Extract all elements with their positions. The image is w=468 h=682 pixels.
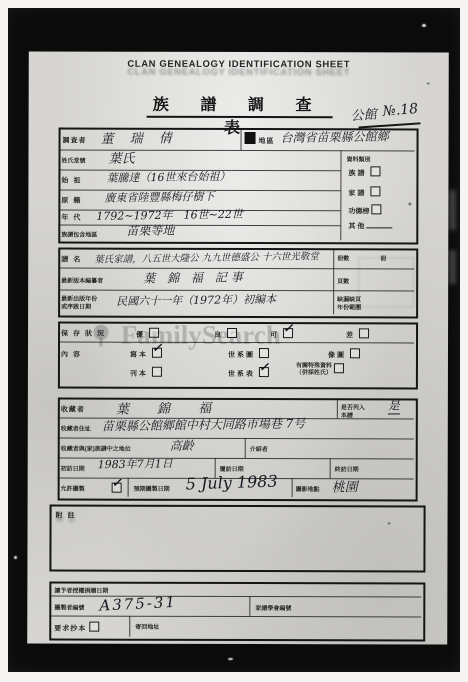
film-place-label: 攝影地點 [296, 484, 320, 493]
grant-date-label: 讓予者授權捐贈日期 [54, 586, 108, 595]
editor-value: 葉 錦 福 記事 [143, 268, 247, 287]
content-checkbox: ✓ [152, 367, 162, 377]
area-label: 地區 [259, 136, 275, 146]
content-option-label: 世系表 [228, 371, 255, 378]
pubdate-label-line2: 或序跋日期 [61, 302, 91, 311]
column-divider [249, 596, 250, 616]
final-visit-label: 終訪日期 [335, 464, 359, 473]
introducer-label: 介紹者 [250, 444, 268, 453]
condition-checkbox: ✓ [283, 328, 293, 338]
doc-type-option: 族譜 ✓ [348, 166, 380, 178]
first-visit-value: 1983年7月1日 [98, 455, 173, 472]
content-checkbox: ✓ [259, 348, 269, 358]
condition-option-label: 可 [270, 332, 279, 339]
document-page: CLAN GENEALOGY IDENTIFICATION SHEET CLAN… [27, 51, 449, 644]
area-value: 台灣省苗栗縣公館鄉 [280, 127, 388, 146]
content-option-label: 寫本 [130, 352, 148, 359]
content-option-label: 像圖 [328, 352, 346, 359]
revisit-label: 覆訪日期 [220, 464, 244, 473]
origin-label: 原籍 [61, 196, 85, 206]
check-mark: ✓ [259, 360, 271, 374]
founder-value: 葉騰達（16世來台始祖） [106, 168, 230, 186]
content-option: 世系表 ✓ [228, 367, 269, 379]
film-speck [14, 556, 17, 559]
ref-number: №.18 [382, 101, 419, 120]
era-label: 年代 [61, 213, 85, 223]
column-divider [333, 248, 334, 314]
surname-value: 葉氏 [108, 148, 134, 167]
content-label: 內容 [61, 350, 85, 360]
position-label: 收藏者與(家)族譜中之地位 [61, 444, 131, 453]
condition-option: 差 ✓ [346, 328, 369, 340]
content-option: 刊本 ✓ [130, 367, 162, 379]
check-mark: ✓ [152, 341, 164, 355]
pages-label: 頁數 [337, 276, 349, 285]
missing-pages-label-line2: 年份範圍 [337, 302, 361, 311]
surveyor-value: 董 瑞 倩 [100, 127, 178, 147]
content-option-label-line2: （併採姓氏） [296, 370, 332, 376]
column-divider [128, 478, 129, 497]
condition-option-label: 良 [214, 332, 223, 339]
listed-label-line2: 本譜 [341, 410, 353, 419]
check-mark: ✓ [112, 476, 124, 490]
film-date-label: 預期攝製日期 [134, 484, 170, 493]
content-checkbox: ✓ [259, 367, 269, 377]
coverage-label: 族譜包含地區 [61, 230, 97, 239]
editor-label: 最新版本編纂者 [61, 276, 103, 285]
volumes-label: 冊數 [337, 253, 349, 262]
content-option: 有關特殊資料 （併採姓氏） ✓ [296, 363, 344, 377]
condition-option-label: 差 [346, 332, 355, 339]
film-speck [422, 24, 426, 27]
doc-type-option: 其他 [348, 221, 392, 231]
ink-blot-artifact [245, 132, 256, 144]
return-address-label: 寄回地址 [135, 622, 159, 631]
film-speck [228, 658, 233, 660]
column-divider [129, 616, 130, 637]
doc-type-checkbox: ✓ [371, 204, 381, 214]
first-visit-label: 初訪日期 [61, 464, 85, 473]
copy-request-option: 要求抄本 ✓ [54, 622, 99, 634]
notes-label: 附註 [56, 511, 80, 521]
founder-label: 始祖 [61, 176, 85, 186]
doc-type-option-label: 族譜 [348, 170, 366, 177]
genealogy-title-label: 譜名 [61, 255, 85, 265]
content-option-label: 世系圖 [228, 352, 255, 359]
filmer-number-label: 攝製者編號 [54, 603, 84, 612]
column-divider [245, 438, 246, 458]
film-date-value: 5 July 1983 [185, 472, 278, 494]
content-checkbox: ✓ [350, 348, 360, 358]
content-option: 世系圖 ✓ [228, 348, 269, 360]
paper-speck [408, 202, 411, 205]
film-place-value: 桃園 [332, 476, 358, 495]
doc-type-header: 資料類別 [346, 154, 370, 163]
position-value: 高齡 [170, 437, 194, 454]
pubdate-value: 民國六十一年（1972年）初編本 [116, 291, 276, 309]
permit-checkbox: ✓ [112, 483, 122, 493]
origin-value: 廣東省陸豐縣梅仔樹下 [104, 188, 214, 206]
listed-value: 是 [388, 396, 400, 414]
content-option-label: 刊本 [130, 371, 148, 378]
check-mark: ✓ [283, 321, 295, 335]
surveyor-label: 調查者 [63, 136, 87, 146]
doc-type-option: 家譜 ✓ [348, 186, 380, 198]
volumes-unit: 冊 [380, 253, 386, 262]
permit-checkbox-wrap: ✓ [112, 483, 122, 494]
coverage-value: 苗栗等地 [126, 221, 174, 239]
ref-label: 公館 [350, 103, 377, 124]
content-option-label: 有關特殊資料 [296, 363, 332, 369]
address-label: 收藏者住址 [61, 424, 91, 433]
copy-request-label: 要求抄本 [54, 626, 86, 633]
permit-label: 允許攝製 [61, 484, 85, 493]
filmer-number-value: A375-31 [99, 593, 177, 615]
condition-checkbox: ✓ [359, 328, 369, 338]
condition-checkbox: ✓ [227, 328, 237, 338]
condition-label: 保存狀況 [61, 329, 109, 339]
condition-option-label: 優 [136, 332, 145, 339]
doc-type-checkbox: ✓ [370, 186, 380, 196]
column-divider [337, 398, 338, 418]
content-checkbox: ✓ [152, 348, 162, 358]
column-divider [292, 478, 293, 497]
page-title-english-ghost: CLAN GENEALOGY IDENTIFICATION SHEET [29, 66, 449, 78]
film-edge-artifact [449, 250, 456, 284]
content-checkbox: ✓ [334, 363, 344, 373]
copy-request-checkbox: ✓ [89, 622, 99, 632]
condition-option: 優 ✓ [136, 328, 159, 340]
doc-type-option-label: 其他 [348, 223, 366, 230]
condition-checkbox: ✓ [149, 328, 159, 338]
condition-option: 良 ✓ [214, 328, 237, 340]
address-value: 苗栗縣公館鄉館中村大同路市場巷 7号 [102, 414, 306, 434]
column-divider [241, 128, 242, 150]
doc-type-option: 功德榜 ✓ [348, 204, 381, 216]
content-option: 寫本 ✓ [130, 348, 162, 360]
doc-type-checkbox: ✓ [370, 166, 380, 176]
holder-label: 收藏者 [61, 405, 85, 415]
special-data-label: 有關特殊資料 （併採姓氏） [296, 363, 332, 377]
paper-speck [427, 82, 430, 84]
society-number-label: 家譜學會編號 [255, 603, 291, 612]
condition-option: 可 ✓ [270, 328, 293, 340]
doc-type-option-label: 家譜 [348, 190, 366, 197]
other-blank-line [366, 227, 392, 228]
holder-value: 葉 錦 福 [116, 397, 224, 418]
column-divider [330, 458, 331, 478]
notes-box [49, 505, 425, 573]
paper-speck [388, 522, 391, 524]
doc-type-option-label: 功德榜 [348, 208, 369, 215]
film-edge-artifact [449, 190, 456, 230]
content-option: 像圖 ✓ [328, 348, 360, 360]
surname-hall-label: 姓氏堂號 [61, 156, 85, 165]
microfilm-frame: CLAN GENEALOGY IDENTIFICATION SHEET CLAN… [0, 0, 468, 682]
